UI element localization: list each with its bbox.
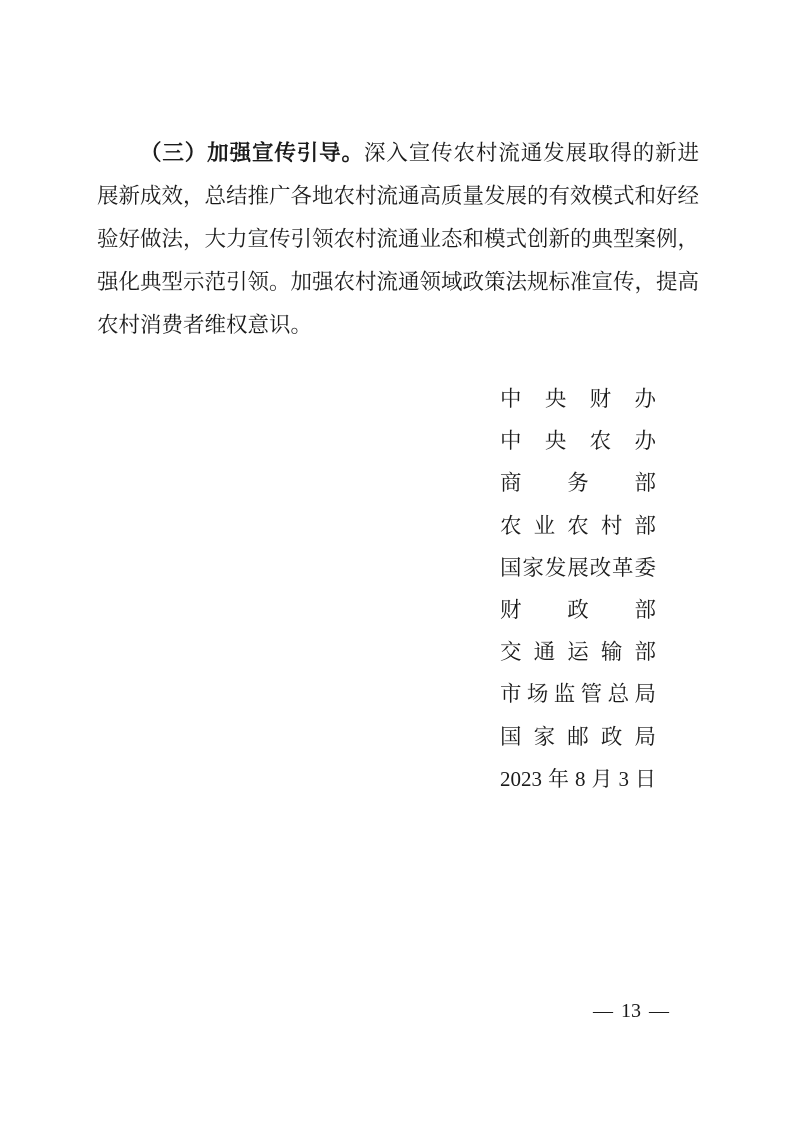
signature-line-char: 农: [590, 420, 612, 462]
footer-right-dash: —: [649, 999, 669, 1023]
signature-line-char: 务: [567, 462, 589, 504]
signature-date-char: 月: [592, 758, 613, 800]
signature-line-char: 监: [554, 673, 576, 715]
page-number: 13: [621, 999, 641, 1023]
signature-block: 中央财办中央农办商务部农业农村部国家发展改革委财政部交通运输部市场监管总局国家邮…: [500, 378, 656, 800]
signature-line-char: 中: [500, 378, 522, 420]
signature-line: 商务部: [500, 462, 656, 504]
signature-line-char: 政: [601, 716, 623, 758]
document-page: （三）加强宣传引导。深入宣传农村流通发展取得的新进展新成效，总结推广各地农村流通…: [0, 0, 793, 1122]
paragraph-body-text: 深入宣传农村流通发展取得的新进展新成效，总结推广各地农村流通高质量发展的有效模式…: [97, 141, 699, 337]
signature-line-char: 部: [634, 589, 656, 631]
signature-line-char: 央: [545, 420, 567, 462]
signature-line-char: 农: [500, 505, 522, 547]
signature-line-char: 农: [567, 505, 589, 547]
signature-date-char: 8: [575, 758, 586, 800]
signature-line-char: 政: [567, 589, 589, 631]
signature-line: 财政部: [500, 589, 656, 631]
signature-line-char: 总: [608, 673, 630, 715]
signature-line-char: 部: [634, 462, 656, 504]
signature-date: 2023年8月3日: [500, 758, 656, 800]
signature-line-char: 村: [601, 505, 623, 547]
signature-line-char: 发: [545, 547, 567, 589]
signature-line-char: 财: [500, 589, 522, 631]
signature-date-char: 3: [619, 758, 630, 800]
signature-line-char: 财: [590, 378, 612, 420]
signature-line: 交通运输部: [500, 631, 656, 673]
signature-line-char: 国: [500, 547, 522, 589]
signature-line-char: 交: [500, 631, 522, 673]
signature-line-char: 办: [634, 378, 656, 420]
signature-line: 市场监管总局: [500, 673, 656, 715]
signature-line-char: 改: [590, 547, 612, 589]
signature-line-char: 展: [567, 547, 589, 589]
signature-line-char: 输: [601, 631, 623, 673]
signature-line-char: 办: [634, 420, 656, 462]
signature-line-char: 家: [534, 716, 556, 758]
signature-date-char: 2023: [500, 758, 542, 800]
signature-line: 国家发展改革委: [500, 547, 656, 589]
signature-line: 农业农村部: [500, 505, 656, 547]
signature-line-char: 业: [534, 505, 556, 547]
signature-line-char: 管: [581, 673, 603, 715]
page-footer: — 13 —: [593, 999, 669, 1023]
signature-line-char: 委: [634, 547, 656, 589]
signature-line-char: 家: [522, 547, 544, 589]
signature-line-char: 国: [500, 716, 522, 758]
signature-line-char: 革: [612, 547, 634, 589]
footer-left-dash: —: [593, 999, 613, 1023]
signature-line-char: 市: [500, 673, 522, 715]
signature-line-char: 商: [500, 462, 522, 504]
signature-line-char: 邮: [567, 716, 589, 758]
signature-line-char: 央: [545, 378, 567, 420]
signature-line-char: 通: [534, 631, 556, 673]
signature-line-char: 局: [634, 716, 656, 758]
signature-line-char: 部: [634, 505, 656, 547]
signature-line: 中央农办: [500, 420, 656, 462]
body-paragraph: （三）加强宣传引导。深入宣传农村流通发展取得的新进展新成效，总结推广各地农村流通…: [97, 132, 699, 347]
signature-date-char: 年: [548, 758, 569, 800]
paragraph-lead-heading: （三）加强宣传引导。: [140, 141, 364, 165]
signature-date-char: 日: [635, 758, 656, 800]
signature-line-char: 场: [527, 673, 549, 715]
signature-line: 国家邮政局: [500, 716, 656, 758]
signature-line-char: 运: [567, 631, 589, 673]
signature-line-char: 中: [500, 420, 522, 462]
signature-line-char: 部: [634, 631, 656, 673]
signature-line: 中央财办: [500, 378, 656, 420]
signature-line-char: 局: [634, 673, 656, 715]
